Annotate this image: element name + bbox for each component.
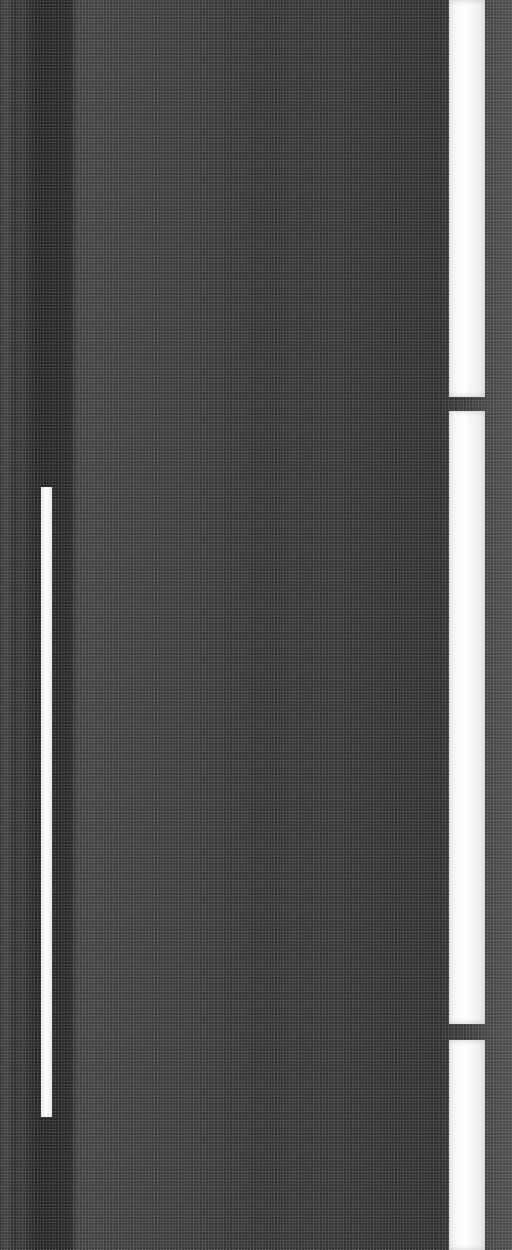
right-edge-line-segment (449, 411, 485, 1024)
left-lane-dash (41, 487, 52, 1117)
right-edge-line-segment (449, 0, 485, 397)
asphalt-road-surface (0, 0, 512, 1250)
asphalt-texture (0, 0, 512, 1250)
right-edge-line-segment (449, 1040, 485, 1250)
